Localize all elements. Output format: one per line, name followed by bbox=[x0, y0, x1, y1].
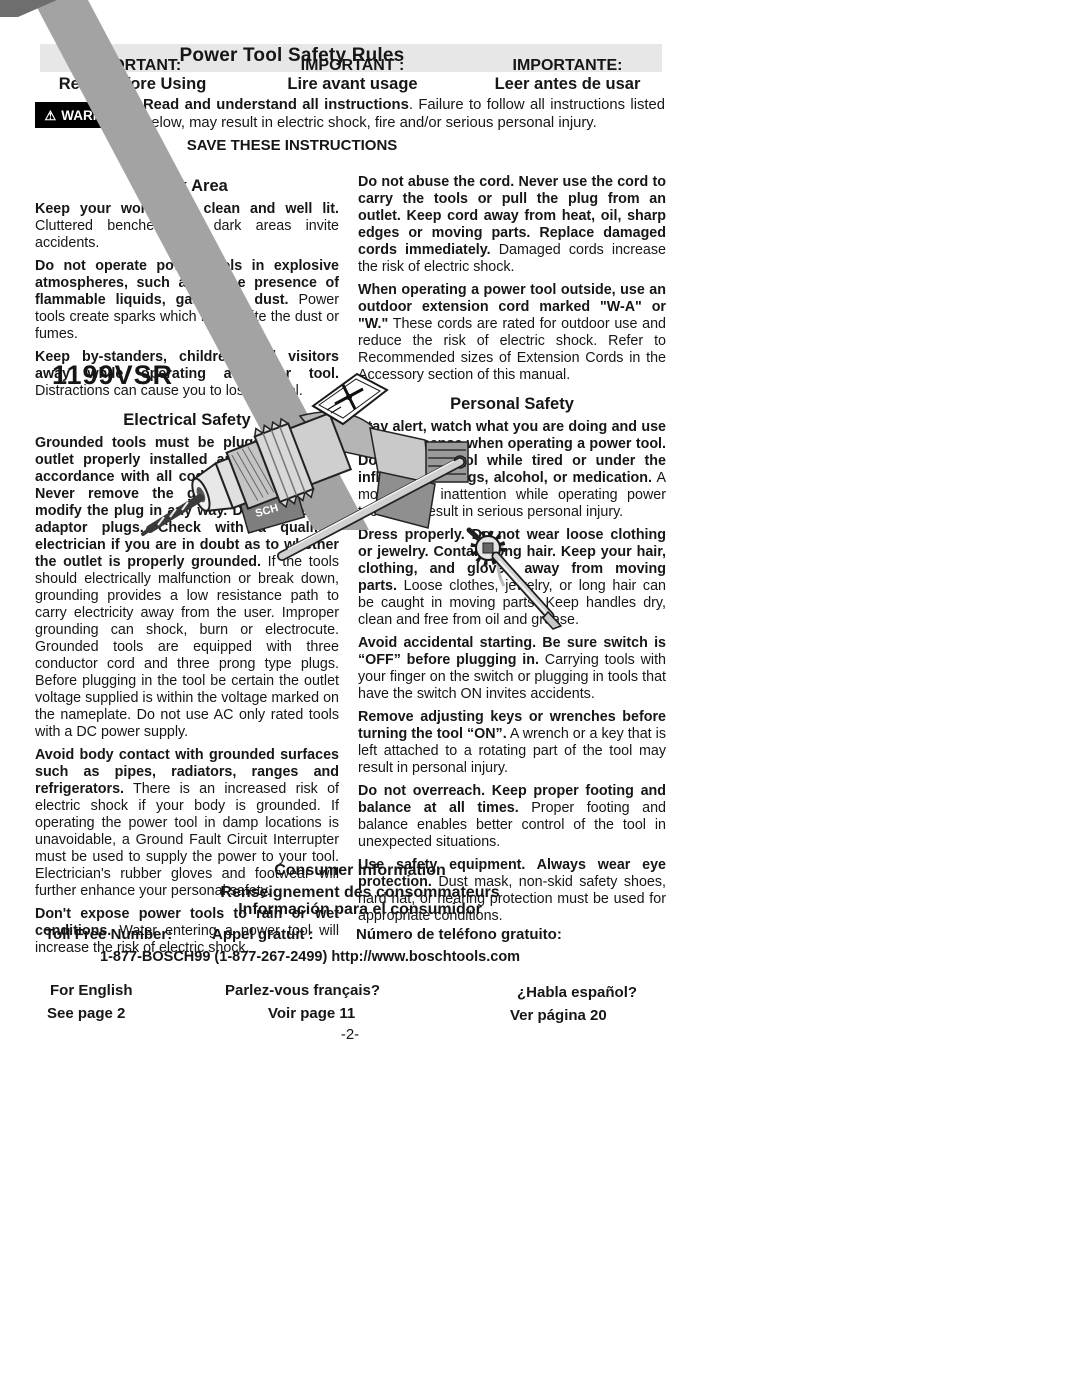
warning-text-bold: Read and understand all instructions bbox=[143, 97, 409, 113]
language-answer-fr: Voir page 11 bbox=[268, 1005, 355, 1022]
lire-avant-usage-label: Lire avant usage bbox=[240, 75, 465, 94]
paragraph-personal-3: Avoid accidental starting. Be sure switc… bbox=[358, 635, 666, 703]
language-question-fr: Parlez-vous français? bbox=[225, 982, 380, 999]
warning-label: WARNING bbox=[61, 108, 126, 123]
paragraph-body: There is an increased risk of electric s… bbox=[35, 781, 339, 899]
work-area-heading: Work Area bbox=[35, 176, 339, 196]
left-text-column: Work Area Keep your work area clean and … bbox=[35, 176, 339, 963]
warning-box: ⚠ WARNING bbox=[35, 102, 136, 128]
paragraph-electrical-1: Grounded tools must be plugged into an o… bbox=[35, 435, 339, 741]
manual-page: Power Tool Safety Rules IMPORTANT: Read … bbox=[0, 0, 1080, 1397]
toll-free-phone-number: 1-877-BOSCH99 (1-877-267-2499) http://ww… bbox=[100, 949, 520, 965]
paragraph-cord-1: Do not abuse the cord. Never use the cor… bbox=[358, 174, 666, 276]
paragraph-lead: Grounded tools must be plugged into an o… bbox=[35, 435, 339, 570]
save-these-instructions: SAVE THESE INSTRUCTIONS bbox=[92, 137, 492, 154]
paragraph-personal-2: Dress properly. Do not wear loose clothi… bbox=[358, 527, 666, 629]
paragraph-lead: Do not operate power tools in explosive … bbox=[35, 258, 339, 308]
consumer-info-title-en: Consumer Information bbox=[35, 862, 685, 880]
warning-text: Read and understand all instructions. Fa… bbox=[143, 97, 665, 132]
page-number: -2- bbox=[35, 1026, 665, 1043]
language-answer-en: See page 2 bbox=[47, 1005, 125, 1022]
language-question-es: ¿Habla español? bbox=[517, 984, 637, 1001]
paragraph-body: Cluttered benches and dark areas invite … bbox=[35, 218, 339, 251]
paragraph-lead: Keep your work area clean and well lit. bbox=[35, 201, 339, 217]
toll-free-label-en: Toll Free Number: bbox=[45, 926, 172, 943]
importante-label-es: IMPORTANTE: bbox=[455, 56, 680, 75]
personal-safety-heading: Personal Safety bbox=[358, 394, 666, 414]
consumer-info-title-fr: Renseignement des consommateurs bbox=[35, 884, 685, 902]
column-header-french: IMPORTANT : Lire avant usage bbox=[240, 56, 465, 94]
consumer-info-title-es: Información para el consumidor bbox=[35, 901, 685, 919]
paragraph-body: These cords are rated for outdoor use an… bbox=[358, 316, 666, 383]
toll-free-label-fr: Appel gratuit : bbox=[212, 926, 314, 943]
warning-triangle-icon: ⚠ bbox=[45, 109, 57, 122]
paragraph-work-area-1: Keep your work area clean and well lit. … bbox=[35, 201, 339, 252]
language-answer-es: Ver página 20 bbox=[510, 1007, 607, 1024]
electrical-safety-heading: Electrical Safety bbox=[35, 410, 339, 430]
paragraph-body: Loose clothes, jewelry, or long hair can… bbox=[358, 578, 666, 628]
paragraph-cord-2: When operating a power tool outside, use… bbox=[358, 282, 666, 384]
paragraph-personal-1: Stay alert, watch what you are doing and… bbox=[358, 419, 666, 521]
model-number: 1199VSR bbox=[52, 360, 173, 391]
important-label-fr: IMPORTANT : bbox=[240, 56, 465, 75]
important-label-en: IMPORTANT: bbox=[35, 56, 230, 75]
toll-free-label-es: Número de teléfono gratuito: bbox=[356, 926, 562, 943]
paragraph-body: If the tools should electrically malfunc… bbox=[35, 554, 339, 740]
leer-antes-de-usar-label: Leer antes de usar bbox=[455, 75, 680, 94]
column-header-spanish: IMPORTANTE: Leer antes de usar bbox=[455, 56, 680, 94]
language-question-en: For English bbox=[50, 982, 133, 999]
paragraph-lead: Stay alert, watch what you are doing and… bbox=[358, 419, 666, 486]
paragraph-work-area-2: Do not operate power tools in explosive … bbox=[35, 258, 339, 343]
right-text-column: Do not abuse the cord. Never use the cor… bbox=[358, 174, 666, 931]
paragraph-personal-5: Do not overreach. Keep proper footing an… bbox=[358, 783, 666, 851]
paragraph-personal-4: Remove adjusting keys or wrenches before… bbox=[358, 709, 666, 777]
read-before-using-label: Read Before Using bbox=[35, 75, 230, 94]
column-header-english: IMPORTANT: Read Before Using bbox=[35, 56, 230, 94]
